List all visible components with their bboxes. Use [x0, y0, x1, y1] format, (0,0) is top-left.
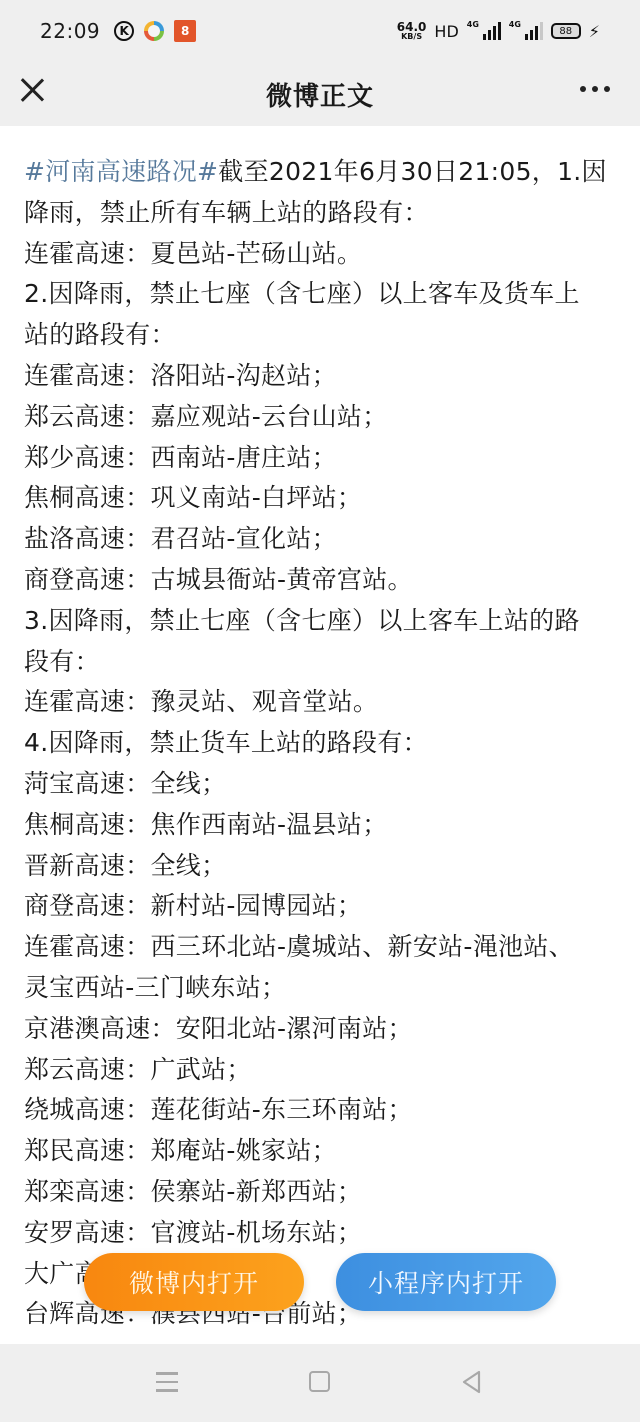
- open-in-weibo-button[interactable]: 微博内打开: [84, 1253, 304, 1311]
- post-line: 2.因降雨，禁止七座（含七座）以上客车及货车上: [24, 274, 616, 315]
- back-icon[interactable]: [460, 1370, 484, 1394]
- post-line: 4.因降雨，禁止货车上站的路段有：: [24, 723, 616, 764]
- close-icon[interactable]: [18, 76, 46, 104]
- signal1-label: 4G: [467, 20, 479, 29]
- page-title: 微博正文: [266, 76, 374, 113]
- open-buttons: 微博内打开 小程序内打开: [0, 1253, 640, 1313]
- post-line: 郑少高速：西南站-唐庄站；: [24, 438, 616, 479]
- post-line: #河南高速路况#截至2021年6月30日21:05，1.因: [24, 152, 616, 193]
- post-line: 安罗高速：官渡站-机场东站；: [24, 1213, 616, 1254]
- signal-icon-sim2: 4G: [509, 22, 543, 40]
- post-content: #河南高速路况#截至2021年6月30日21:05，1.因 降雨，禁止所有车辆上…: [0, 126, 640, 1344]
- screen: 22:09 K 8 64.0 KB/S HD 4G 4G 88 ⚡ 微博正: [0, 0, 640, 1422]
- post-line: 连霍高速：夏邑站-芒砀山站。: [24, 234, 616, 275]
- more-icon[interactable]: [580, 86, 610, 92]
- post-line: 灵宝西站-三门峡东站；: [24, 968, 616, 1009]
- status-right: 64.0 KB/S HD 4G 4G 88 ⚡: [397, 21, 600, 41]
- charging-icon: ⚡: [589, 22, 600, 41]
- video-app-icon: 8: [174, 20, 196, 42]
- post-line: 连霍高速：豫灵站、观音堂站。: [24, 682, 616, 723]
- status-left: 22:09 K 8: [40, 19, 196, 43]
- menu-icon[interactable]: [156, 1372, 178, 1392]
- network-speed: 64.0 KB/S: [397, 21, 427, 41]
- post-line: 焦桐高速：巩义南站-白坪站；: [24, 478, 616, 519]
- post-line: 郑栾高速：侯寨站-新郑西站；: [24, 1172, 616, 1213]
- system-nav-bar: [0, 1344, 640, 1422]
- post-line: 焦桐高速：焦作西南站-温县站；: [24, 805, 616, 846]
- signal-icon-sim1: 4G: [467, 22, 501, 40]
- post-line: 段有：: [24, 642, 616, 683]
- status-bar: 22:09 K 8 64.0 KB/S HD 4G 4G 88 ⚡: [0, 0, 640, 62]
- signal2-label: 4G: [509, 20, 521, 29]
- open-in-mini-program-button[interactable]: 小程序内打开: [336, 1253, 556, 1311]
- post-text: 截至2021年6月30日21:05，1.因: [218, 157, 607, 186]
- post-line: 3.因降雨，禁止七座（含七座）以上客车上站的路: [24, 601, 616, 642]
- post-line: 连霍高速：西三环北站-虞城站、新安站-渑池站、: [24, 927, 616, 968]
- clock: 22:09: [40, 19, 100, 43]
- hashtag-link[interactable]: #河南高速路况#: [24, 157, 218, 186]
- home-icon[interactable]: [309, 1371, 330, 1392]
- post-line: 晋新高速：全线；: [24, 846, 616, 887]
- post-line: 商登高速：新村站-园博园站；: [24, 886, 616, 927]
- post-line: 郑云高速：广武站；: [24, 1050, 616, 1091]
- post-line: 菏宝高速：全线；: [24, 764, 616, 805]
- post-line: 盐洛高速：君召站-宣化站；: [24, 519, 616, 560]
- post-line: 绕城高速：莲花街站-东三环南站；: [24, 1090, 616, 1131]
- post-line: 降雨，禁止所有车辆上站的路段有：: [24, 193, 616, 234]
- post-line: 郑云高速：嘉应观站-云台山站；: [24, 397, 616, 438]
- post-line: 商登高速：古城县衙站-黄帝宫站。: [24, 560, 616, 601]
- app-notification-icon: [144, 21, 164, 41]
- k-app-icon: K: [114, 21, 134, 41]
- post-line: 连霍高速：洛阳站-沟赵站；: [24, 356, 616, 397]
- title-bar: 微博正文: [0, 62, 640, 126]
- post-line: 京港澳高速：安阳北站-漯河南站；: [24, 1009, 616, 1050]
- post-line: 站的路段有：: [24, 315, 616, 356]
- hd-voice-icon: HD: [434, 22, 458, 41]
- speed-unit: KB/S: [401, 33, 422, 41]
- post-line: 郑民高速：郑庵站-姚家站；: [24, 1131, 616, 1172]
- battery-icon: 88: [551, 23, 581, 39]
